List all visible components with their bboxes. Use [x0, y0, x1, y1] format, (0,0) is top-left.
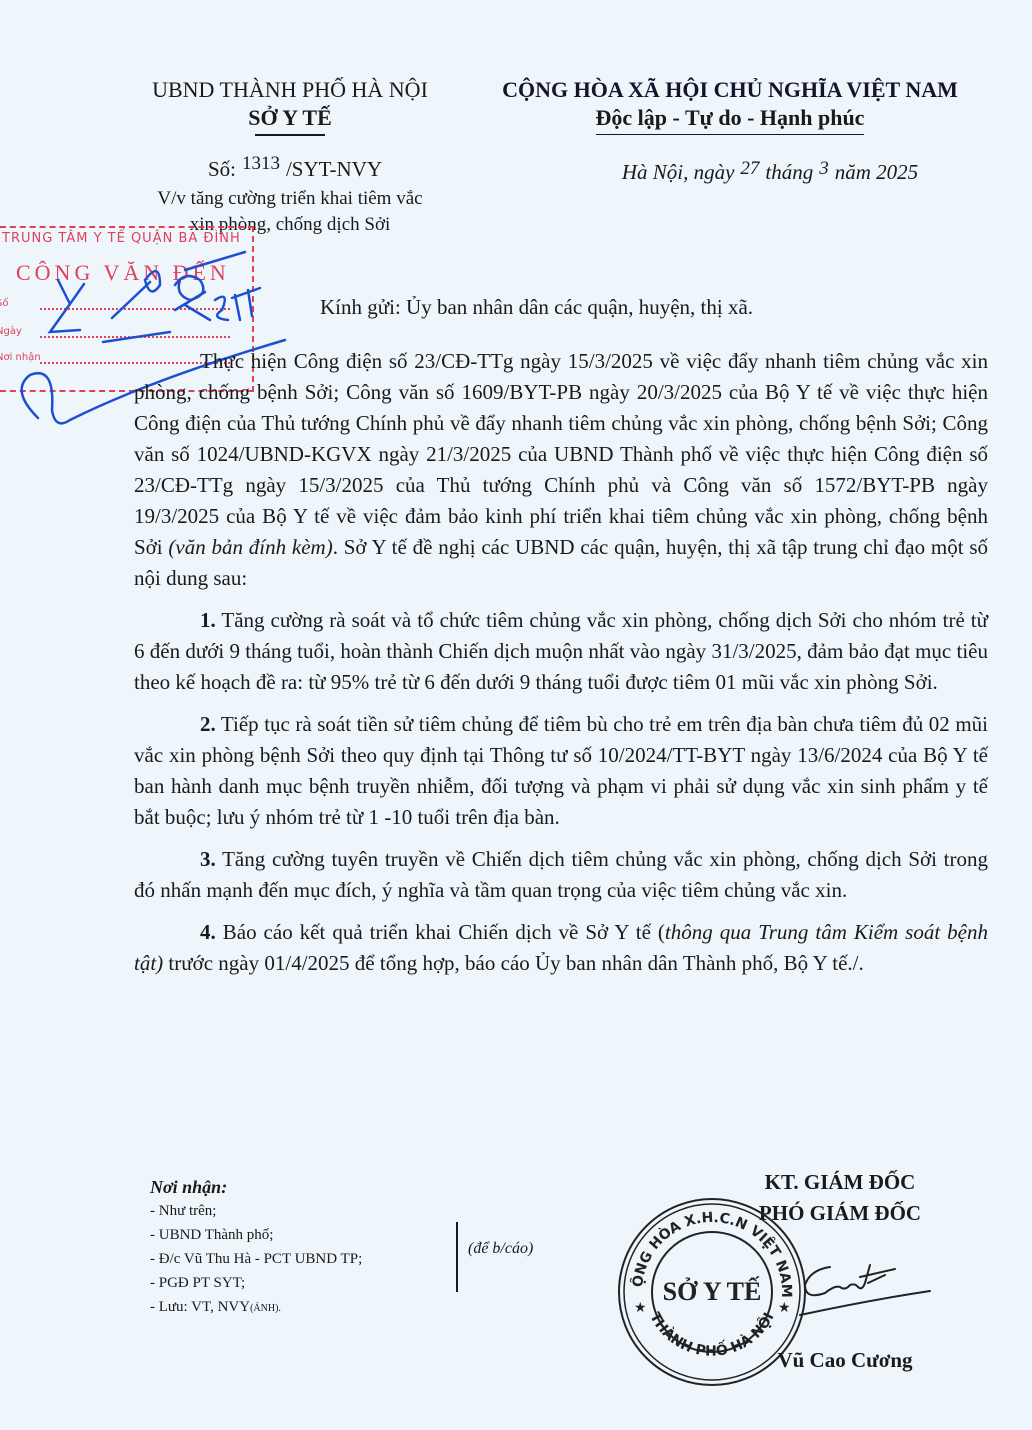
- agency-underline: [255, 134, 325, 136]
- item-number: 2.: [200, 712, 216, 736]
- national-header: CỘNG HÒA XÃ HỘI CHỦ NGHĨA VIỆT NAM Độc l…: [470, 76, 990, 135]
- recipient-item: - Như trên;: [150, 1199, 570, 1223]
- svg-text:★: ★: [778, 1300, 791, 1316]
- item-text: Báo cáo kết quả triển khai Chiến dịch về…: [216, 920, 665, 944]
- item-number: 4.: [200, 920, 216, 944]
- national-motto: Độc lập - Tự do - Hạnh phúc: [596, 104, 865, 135]
- recipient-item: - Lưu: VT, NVY(ÁNH).: [150, 1295, 570, 1321]
- item-1: 1. Tăng cường rà soát và tổ chức tiêm ch…: [134, 605, 988, 698]
- recipients-bracket: [456, 1222, 458, 1292]
- issuing-agency: SỞ Y TẾ: [100, 104, 480, 132]
- intro-text: Thực hiện Công điện số 23/CĐ-TTg ngày 15…: [134, 349, 988, 559]
- svg-text:SỞ Y TẾ: SỞ Y TẾ: [663, 1277, 762, 1306]
- document-body: Thực hiện Công điện số 23/CĐ-TTg ngày 15…: [134, 346, 988, 979]
- subject-line-1: V/v tăng cường triển khai tiêm vắc: [100, 186, 480, 212]
- date-month-label: tháng: [765, 160, 813, 184]
- recipients-title: Nơi nhận:: [150, 1175, 570, 1199]
- greeting: Kính gửi: Ủy ban nhân dân các quận, huyệ…: [320, 295, 753, 320]
- report-note: (để b/cáo): [468, 1240, 533, 1258]
- svg-text:★: ★: [634, 1300, 647, 1316]
- archive-label: - Lưu: VT, NVY: [150, 1299, 250, 1315]
- item-text: Tăng cường rà soát và tổ chức tiêm chủng…: [134, 608, 988, 694]
- item-number: 1.: [200, 608, 216, 632]
- intro-italic: (văn bản đính kèm): [168, 535, 332, 559]
- nation-title: CỘNG HÒA XÃ HỘI CHỦ NGHĨA VIỆT NAM: [470, 76, 990, 104]
- document-date: Hà Nội, ngày27tháng3năm 2025: [540, 160, 1000, 185]
- intro-paragraph: Thực hiện Công điện số 23/CĐ-TTg ngày 15…: [134, 346, 988, 594]
- item-4: 4. Báo cáo kết quả triển khai Chiến dịch…: [134, 917, 988, 979]
- item-number: 3.: [200, 847, 216, 871]
- doc-number-value: 1313: [242, 153, 280, 174]
- date-month: 3: [819, 158, 829, 179]
- item-text: Tăng cường tuyên truyền về Chiến dịch ti…: [134, 847, 988, 902]
- document-number: Số:1313/SYT-NVY: [130, 157, 460, 182]
- signature-scribble-icon: [790, 1255, 970, 1335]
- item-3: 3. Tăng cường tuyên truyền về Chiến dịch…: [134, 844, 988, 906]
- recipient-item: - PGĐ PT SYT;: [150, 1271, 570, 1295]
- parent-agency: UBND THÀNH PHỐ HÀ NỘI: [100, 76, 480, 104]
- item-2: 2. Tiếp tục rà soát tiền sử tiêm chủng đ…: [134, 709, 988, 833]
- item-text-end: trước ngày 01/4/2025 để tổng hợp, báo cá…: [163, 951, 864, 975]
- item-text: Tiếp tục rà soát tiền sử tiêm chủng để t…: [134, 712, 988, 829]
- issuing-agency-block: UBND THÀNH PHỐ HÀ NỘI SỞ Y TẾ: [100, 76, 480, 136]
- signer-name: Vũ Cao Cương: [735, 1348, 955, 1373]
- date-year: năm 2025: [835, 160, 918, 184]
- date-prefix: Hà Nội, ngày: [622, 160, 735, 184]
- doc-number-label: Số:: [208, 157, 236, 181]
- doc-number-suffix: /SYT-NVY: [286, 157, 382, 181]
- date-day: 27: [740, 158, 759, 179]
- archive-suffix: (ÁNH).: [250, 1303, 281, 1314]
